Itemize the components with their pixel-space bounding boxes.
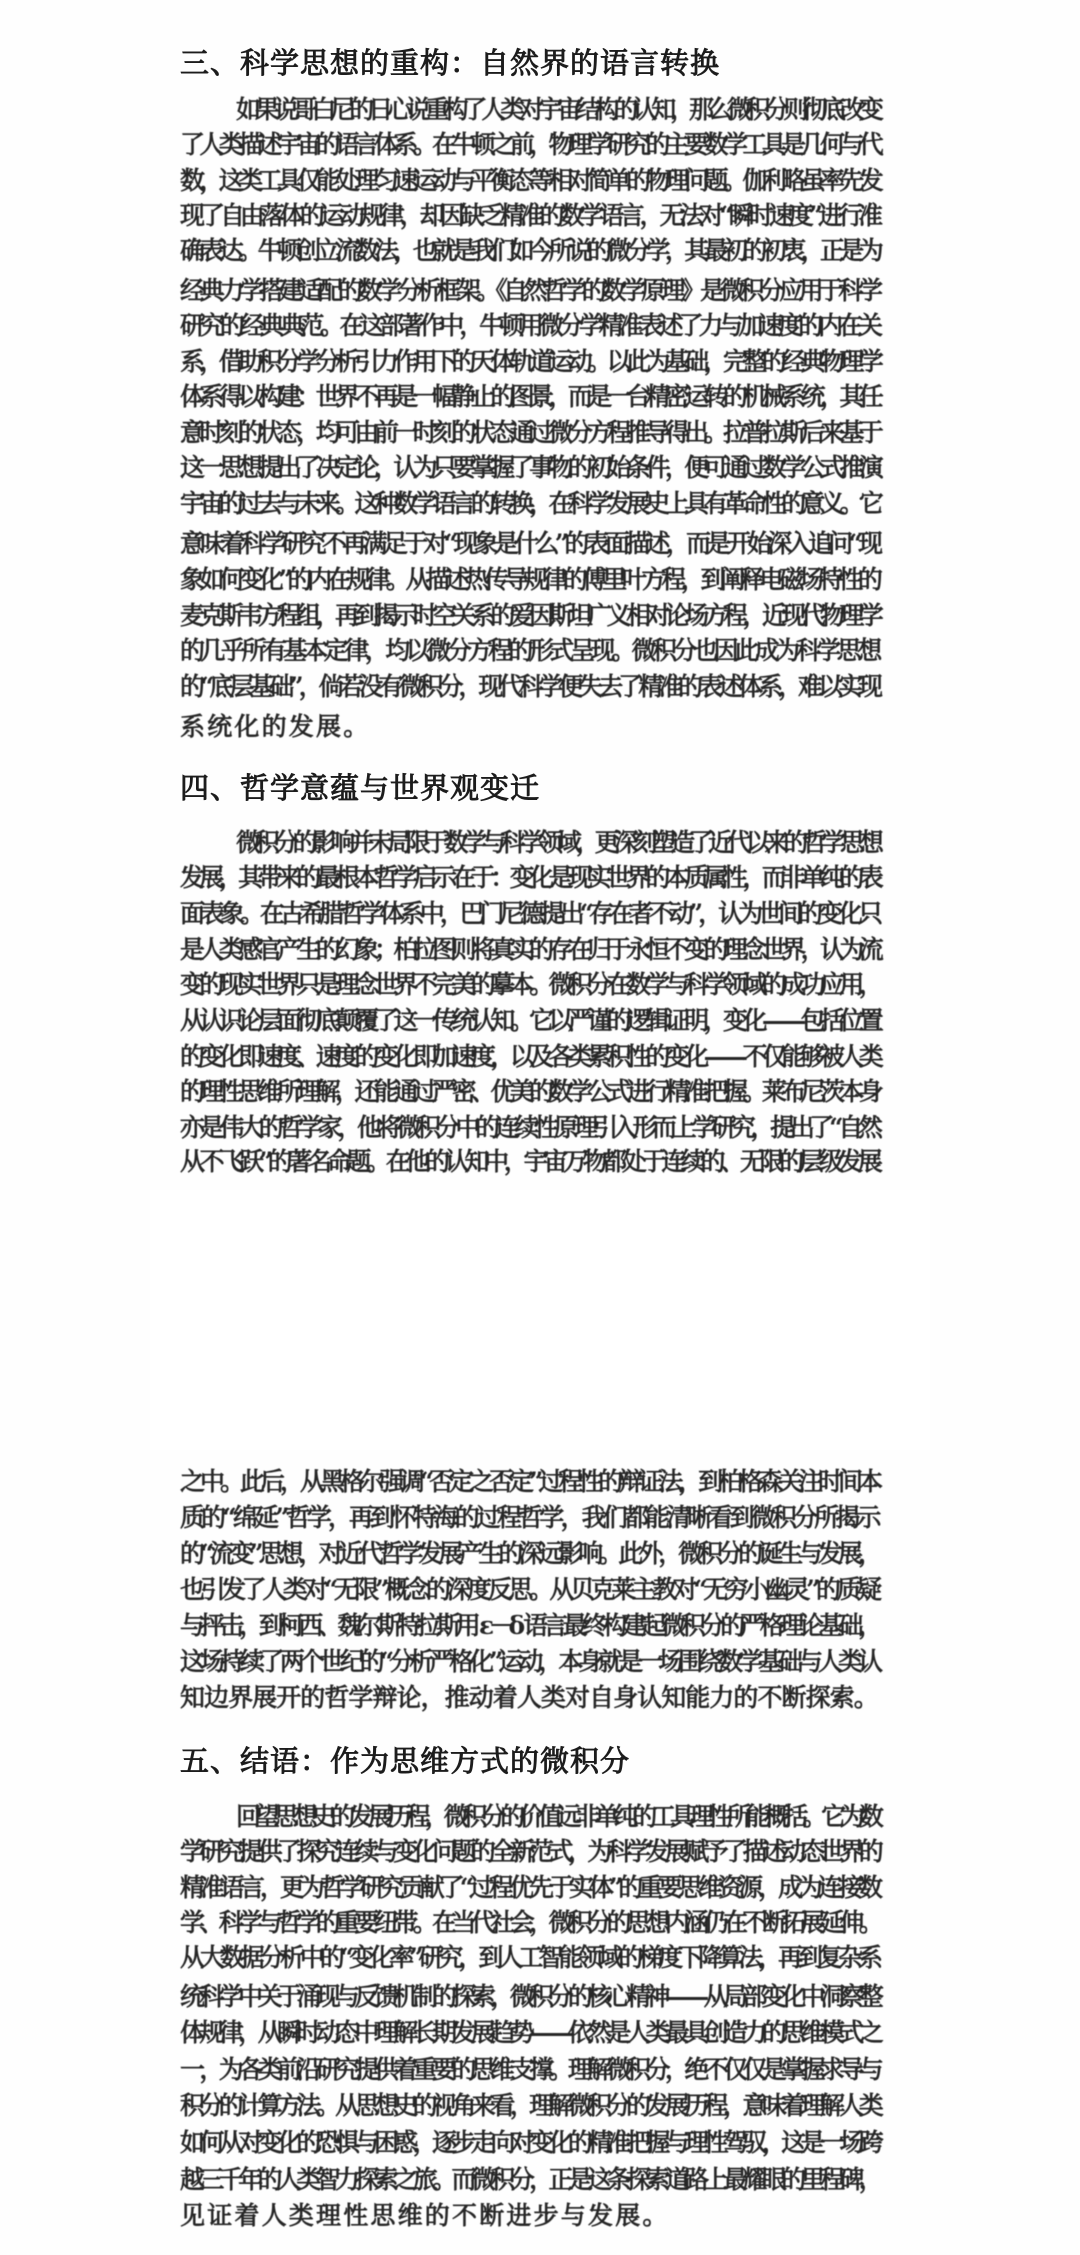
paragraph-line: 确表达。牛顿创立流数法，也就是我们如今所说的微分学，其最初的初衷，正是为 bbox=[180, 235, 880, 267]
paragraph-line: 象如何变化”的内在规律。从描述热传导规律的傅里叶方程，到阐释电磁场特性的 bbox=[180, 564, 880, 596]
paragraph-line: 回望思想史的发展历程，微积分的价值远非单纯的工具理性所能概括。它为数 bbox=[236, 1801, 880, 1833]
paragraph-line: 亦是伟大的哲学家，他将微积分中的连续性原理引入形而上学研究，提出了“自然 bbox=[180, 1112, 880, 1144]
paragraph-line: 意味着科学研究不再满足于对“现象是什么”的表面描述，而是开始深入追问“现 bbox=[180, 528, 880, 560]
paragraph-line: 系，借助积分学分析引力作用下的天体轨道运动。以此为基础，完整的经典物理学 bbox=[180, 346, 880, 378]
document-page: 三、科学思想的重构：自然界的语言转换 如果说哥白尼的日心说重构了人类对宇宙结构的… bbox=[0, 0, 1080, 2255]
paragraph-line: 的“底层基础”，倘若没有微积分，现代科学便失去了精准的表述体系，难以实现 bbox=[180, 671, 880, 703]
paragraph-line: 学、科学与哲学的重要纽带。在当代社会，微积分的思想内涵仍在不断拓展延伸。 bbox=[180, 1907, 880, 1939]
paragraph-line: 的理性思维所理解，还能通过严密、优美的数学公式进行精准把握。莱布尼茨本身 bbox=[180, 1076, 880, 1108]
paragraph-line: 意时刻的状态，均可由前一时刻的状态通过微分方程推导得出。拉普拉斯后来基于 bbox=[180, 417, 880, 449]
paragraph-line: 研究的经典典范。在这部著作中，牛顿用微分学精准表述了力与加速度的内在关 bbox=[180, 310, 880, 342]
paragraph-line: 见证着人类理性思维的不断进步与发展。 bbox=[180, 2200, 880, 2232]
paragraph-line: 变的现实世界只是理念世界不完美的摹本。微积分在数学与科学领域的成功应用， bbox=[180, 969, 880, 1001]
paragraph-line: 与抨击，到柯西、魏尔斯特拉斯用 ε－δ 语言最终构建起微积分的严格理论基础， bbox=[180, 1610, 880, 1642]
paragraph-line: 体系得以构建：世界不再是一幅静止的图景，而是一台精密运转的机械系统，其任 bbox=[180, 381, 880, 413]
paragraph-line: 统科学中关于涌现与反馈机制的探索，微积分的核心精神——从局部变化中洞察整 bbox=[180, 1981, 880, 2013]
paragraph-line: 积分的计算方法。从思想史的视角来看，理解微积分的发展历程，意味着理解人类 bbox=[180, 2090, 880, 2122]
blank-page-gap bbox=[150, 1190, 930, 1450]
paragraph-line: 发展，其带来的最根本哲学启示在于：变化是现实世界的本质属性，而非单纯的表 bbox=[180, 862, 880, 894]
section-heading-5: 五、结语：作为思维方式的微积分 bbox=[180, 1743, 630, 1779]
paragraph-line: 一，为各类前沿研究提供着重要的思维支撑。理解微积分，绝不仅仅是掌握求导与 bbox=[180, 2054, 880, 2086]
paragraph-line: 微积分的影响并未局限于数学与科学领域，更深刻塑造了近代以来的哲学思想 bbox=[236, 827, 880, 859]
paragraph-line: 的变化即速度、速度的变化即加速度，以及各类累积性的变化——不仅能够被人类 bbox=[180, 1041, 880, 1073]
paragraph-line: 了人类描述宇宙的语言体系。在牛顿之前，物理学研究的主要数学工具是几何与代 bbox=[180, 129, 880, 161]
section-heading-3: 三、科学思想的重构：自然界的语言转换 bbox=[180, 45, 720, 81]
paragraph-line: 面表象。在古希腊哲学体系中，巴门尼德提出“存在者不动”，认为世间的变化只 bbox=[180, 898, 880, 930]
paragraph-line: 也引发了人类对“无限”概念的深度反思。从贝克莱主教对“无穷小幽灵”的质疑 bbox=[180, 1574, 880, 1606]
paragraph-line: 经典力学搭建适配的数学分析框架。《自然哲学的数学原理》是微积分应用于科学 bbox=[180, 275, 880, 307]
paragraph-line: 学研究提供了探究连续与变化问题的全新范式，为科学发展赋予了描述动态世界的 bbox=[180, 1836, 880, 1868]
paragraph-line: 麦克斯韦方程组，再到揭示时空关系的爱因斯坦广义相对论场方程，近现代物理学 bbox=[180, 600, 880, 632]
paragraph-line: 如何从对变化的恐惧与困惑，逐步走向对变化的精准把握与理性驾驭，这是一场跨 bbox=[180, 2127, 880, 2159]
paragraph-line: 之中。此后，从黑格尔强调“否定之否定”过程性的辩证法，到柏格森关注时间本 bbox=[180, 1466, 880, 1498]
paragraph-line: 是人类感官产生的幻象；柏拉图则将真实的存在归于永恒不变的理念世界，认为流 bbox=[180, 934, 880, 966]
section-heading-4: 四、哲学意蕴与世界观变迁 bbox=[180, 770, 540, 806]
paragraph-line: 质的“绵延”哲学，再到怀特海的过程哲学，我们都能清晰看到微积分所揭示 bbox=[180, 1502, 880, 1534]
paragraph-line: 宇宙的过去与未来。这种数学语言的转换，在科学发展史上具有革命性的意义。它 bbox=[180, 488, 880, 520]
paragraph-line: 越三千年的人类智力探索之旅。而微积分，正是这条探索道路上最耀眼的里程碑， bbox=[180, 2164, 880, 2196]
paragraph-line: 系统化的发展。 bbox=[180, 711, 880, 743]
paragraph-line: 现了自由落体的运动规律，却因缺乏精准的数学语言，无法对“瞬时速度”进行准 bbox=[180, 200, 880, 232]
paragraph-line: 的几乎所有基本定律，均以微分方程的形式呈现。微积分也因此成为科学思想 bbox=[180, 635, 880, 667]
paragraph-line: 这一思想提出了决定论，认为只要掌握了事物的初始条件，便可通过数学公式推演 bbox=[180, 452, 880, 484]
paragraph-line: 从认识论层面彻底颠覆了这一传统认知。它以严谨的逻辑证明，变化——包括位置 bbox=[180, 1005, 880, 1037]
paragraph-line: 从不飞跃”的著名命题。在他的认知中，宇宙万物都处于连续的、无限的层级发展 bbox=[180, 1146, 880, 1178]
paragraph-line: 数，这类工具仅能处理匀速运动与平衡态等相对简单的物理问题。伽利略虽率先发 bbox=[180, 165, 880, 197]
paragraph-line: 这场持续了两个世纪的“分析严格化”运动，本身就是一场围绕数学基础与人类认 bbox=[180, 1646, 880, 1678]
paragraph-line: 知边界展开的哲学辩论，推动着人类对自身认知能力的不断探索。 bbox=[180, 1682, 880, 1714]
paragraph-line: 体规律，从瞬时动态中理解长期发展趋势——依然是人类最具创造力的思维模式之 bbox=[180, 2017, 880, 2049]
paragraph-line: 的“流变”思想，对近代哲学发展产生的深远影响。此外，微积分的诞生与发展， bbox=[180, 1538, 880, 1570]
paragraph-line: 如果说哥白尼的日心说重构了人类对宇宙结构的认知，那么微积分则彻底改变 bbox=[236, 94, 880, 126]
paragraph-line: 从大数据分析中的“变化率”研究，到人工智能领域的梯度下降算法，再到复杂系 bbox=[180, 1942, 880, 1974]
paragraph-line: 精准语言，更为哲学研究贡献了“过程优先于实体”的重要思维资源，成为连接数 bbox=[180, 1872, 880, 1904]
